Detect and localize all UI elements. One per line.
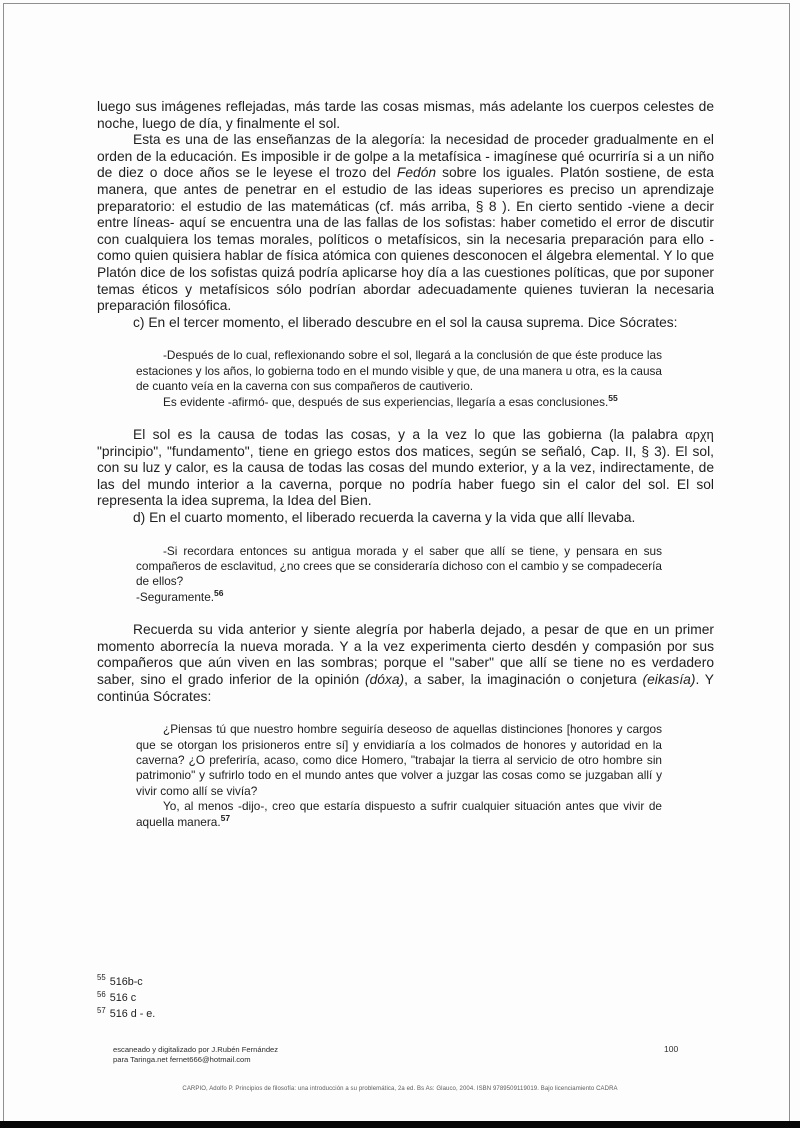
page-body-text: luego sus imágenes reflejadas, más tarde… <box>97 99 714 847</box>
text-run: c) En el tercer momento, el liberado des… <box>133 315 677 330</box>
text-run: d) En el cuarto momento, el liberado rec… <box>133 510 635 525</box>
text-run: "principio", "fundamento", tiene en grie… <box>97 444 714 509</box>
block-quote-socrates-1: -Después de lo cual, reflexionando sobre… <box>136 348 662 410</box>
quote-paragraph: ¿Piensas tú que nuestro hombre seguiría … <box>136 722 662 799</box>
quote-paragraph: -Seguramente.56 <box>136 590 662 605</box>
footnote-ref-56: 56 <box>214 588 223 598</box>
text-run: ¿Piensas tú que nuestro hombre seguiría … <box>136 722 662 798</box>
text-run: sobre los iguales. Platón sostiene, de e… <box>97 165 714 313</box>
italic-term-eikasia: (eikasía) <box>643 672 696 687</box>
greek-term-arche: αρχη <box>685 427 714 443</box>
footnote-text: 516 d - e. <box>110 1008 156 1020</box>
scan-edge-black-band <box>0 1121 800 1128</box>
italic-term-fedon: Fedón <box>397 165 436 180</box>
quote-paragraph: -Después de lo cual, reflexionando sobre… <box>136 348 662 394</box>
footnote-55: 55516b-c <box>97 974 155 990</box>
quote-paragraph: Es evidente -afirmó- que, después de sus… <box>136 395 662 410</box>
text-run: El sol es la causa de todas las cosas, y… <box>133 427 685 442</box>
text-run: -Después de lo cual, reflexionando sobre… <box>136 348 662 393</box>
footnote-text: 516 c <box>110 992 136 1004</box>
block-quote-socrates-3: ¿Piensas tú que nuestro hombre seguiría … <box>136 722 662 830</box>
scanner-credit: escaneado y digitalizado por J.Rubén Fer… <box>113 1045 278 1064</box>
paragraph-section-d: d) En el cuarto momento, el liberado rec… <box>97 510 714 527</box>
footnote-number: 56 <box>97 990 106 999</box>
italic-term-doxa: (dóxa) <box>365 672 404 687</box>
scanned-book-page: { "doc": { "p1": "luego sus imágenes ref… <box>0 0 800 1128</box>
quote-paragraph: Yo, al menos -dijo-, creo que estaría di… <box>136 799 662 830</box>
text-run: -Si recordara entonces su antigua morada… <box>136 544 662 589</box>
footnote-text: 516b-c <box>110 976 143 988</box>
paragraph: luego sus imágenes reflejadas, más tarde… <box>97 99 714 132</box>
footnote-ref-55: 55 <box>608 393 617 403</box>
paragraph: Esta es una de las enseñanzas de la aleg… <box>97 132 714 315</box>
footnote-number: 55 <box>97 973 106 982</box>
block-quote-socrates-2: -Si recordara entonces su antigua morada… <box>136 544 662 606</box>
scanner-credit-line2: para Taringa.net fernet666@hotmail.com <box>113 1055 278 1065</box>
text-run: Es evidente -afirmó- que, después de sus… <box>163 395 608 409</box>
text-run: luego sus imágenes reflejadas, más tarde… <box>97 99 714 131</box>
license-citation-line: CARPIO, Adolfo P. Principios de filosofí… <box>182 1086 617 1092</box>
footnote-56: 56516 c <box>97 990 155 1006</box>
text-run: Yo, al menos -dijo-, creo que estaría di… <box>136 799 662 828</box>
paragraph: El sol es la causa de todas las cosas, y… <box>97 427 714 510</box>
footnotes-block: 55516b-c 56516 c 57516 d - e. <box>97 974 155 1023</box>
footnote-number: 57 <box>97 1006 106 1015</box>
paragraph-section-c: c) En el tercer momento, el liberado des… <box>97 315 714 332</box>
quote-paragraph: -Si recordara entonces su antigua morada… <box>136 544 662 590</box>
scanner-credit-line1: escaneado y digitalizado por J.Rubén Fer… <box>113 1045 278 1055</box>
footnote-ref-57: 57 <box>221 813 230 823</box>
paragraph: Recuerda su vida anterior y siente alegr… <box>97 622 714 705</box>
footnote-57: 57516 d - e. <box>97 1006 155 1022</box>
page-number: 100 <box>664 1044 678 1054</box>
text-run: , a saber, la imaginación o conjetura <box>404 672 642 687</box>
text-run: -Seguramente. <box>136 590 214 604</box>
